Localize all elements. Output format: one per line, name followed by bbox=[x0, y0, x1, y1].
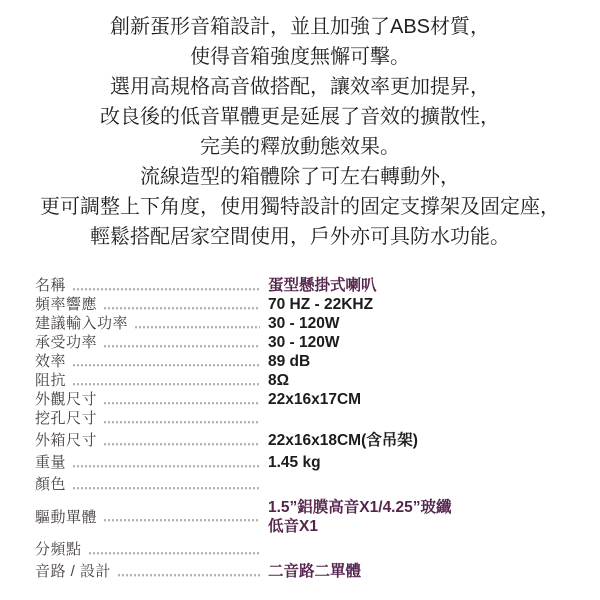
dotted-leader bbox=[104, 409, 260, 428]
spec-value: 1.45 kg bbox=[268, 453, 463, 472]
spec-value: 89 dB bbox=[268, 352, 463, 371]
spec-row: 顏色 bbox=[35, 475, 463, 494]
spec-label: 分頻點 bbox=[35, 540, 82, 559]
dotted-leader bbox=[73, 453, 260, 472]
spec-row: 外箱尺寸 22x16x18CM(含吊架) bbox=[35, 431, 463, 450]
spec-label: 頻率響應 bbox=[35, 295, 97, 314]
spec-label: 挖孔尺寸 bbox=[35, 409, 97, 428]
intro-line: 輕鬆搭配居家空間使用，戶外亦可具防水功能。 bbox=[0, 222, 600, 252]
spec-value: 70 HZ - 22KHZ bbox=[268, 295, 463, 314]
spec-label: 效率 bbox=[35, 352, 66, 371]
spec-label: 外觀尺寸 bbox=[35, 390, 97, 409]
spec-row: 效率 89 dB bbox=[35, 352, 463, 371]
spec-label: 建議輸入功率 bbox=[35, 314, 128, 333]
spec-label: 承受功率 bbox=[35, 333, 97, 352]
spec-label: 顏色 bbox=[35, 475, 66, 494]
intro-line: 使得音箱強度無懈可擊。 bbox=[0, 42, 600, 72]
intro-line: 選用高規格高音做搭配，讓效率更加提昇， bbox=[0, 72, 600, 102]
dotted-leader bbox=[89, 540, 260, 559]
spec-row: 頻率響應 70 HZ - 22KHZ bbox=[35, 295, 463, 314]
spec-label: 阻抗 bbox=[35, 371, 66, 390]
intro-line: 完美的釋放動態效果。 bbox=[0, 132, 600, 162]
spec-row: 音路 / 設計 二音路二單體 bbox=[35, 562, 463, 581]
spec-value: 二音路二單體 bbox=[268, 562, 463, 581]
spec-value: 22x16x18CM(含吊架) bbox=[268, 431, 463, 450]
intro-line: 更可調整上下角度，使用獨特設計的固定支撐架及固定座， bbox=[0, 192, 600, 222]
spec-row: 挖孔尺寸 bbox=[35, 409, 463, 428]
dotted-leader bbox=[73, 276, 260, 295]
spec-value: 蛋型懸掛式喇叭 bbox=[268, 276, 463, 295]
spec-label: 音路 / 設計 bbox=[35, 562, 111, 581]
spec-row: 建議輸入功率 30 - 120W bbox=[35, 314, 463, 333]
dotted-leader bbox=[104, 333, 260, 352]
dotted-leader bbox=[104, 390, 260, 409]
spec-value: 30 - 120W bbox=[268, 314, 463, 333]
spec-row: 名稱 蛋型懸掛式喇叭 bbox=[35, 276, 463, 295]
spec-label: 名稱 bbox=[35, 276, 66, 295]
intro-line: 流線造型的箱體除了可左右轉動外， bbox=[0, 162, 600, 192]
spec-value: 30 - 120W bbox=[268, 333, 463, 352]
spec-table: 名稱 蛋型懸掛式喇叭 頻率響應 70 HZ - 22KHZ 建議輸入功率 30 … bbox=[35, 276, 463, 581]
dotted-leader bbox=[73, 352, 260, 371]
dotted-leader bbox=[73, 371, 260, 390]
dotted-leader bbox=[104, 295, 260, 314]
spec-label: 驅動單體 bbox=[35, 508, 97, 527]
intro-line: 創新蛋形音箱設計，並且加強了ABS材質， bbox=[0, 12, 600, 42]
dotted-leader bbox=[135, 314, 260, 333]
spec-row: 分頻點 bbox=[35, 540, 463, 559]
spec-row: 外觀尺寸 22x16x17CM bbox=[35, 390, 463, 409]
spec-row: 驅動單體 1.5”鋁膜高音X1/4.25”玻纖低音X1 bbox=[35, 498, 463, 536]
spec-label: 外箱尺寸 bbox=[35, 431, 97, 450]
dotted-leader bbox=[104, 431, 260, 450]
spec-row: 重量 1.45 kg bbox=[35, 453, 463, 472]
dotted-leader bbox=[118, 562, 260, 581]
dotted-leader bbox=[73, 475, 260, 494]
spec-label: 重量 bbox=[35, 453, 66, 472]
intro-line: 改良後的低音單體更是延展了音效的擴散性， bbox=[0, 102, 600, 132]
intro-paragraph: 創新蛋形音箱設計，並且加強了ABS材質， 使得音箱強度無懈可擊。 選用高規格高音… bbox=[0, 12, 600, 252]
spec-row: 阻抗 8Ω bbox=[35, 371, 463, 390]
product-spec-page: 創新蛋形音箱設計，並且加強了ABS材質， 使得音箱強度無懈可擊。 選用高規格高音… bbox=[0, 0, 600, 600]
spec-value: 22x16x17CM bbox=[268, 390, 463, 409]
dotted-leader bbox=[104, 508, 260, 527]
spec-value: 8Ω bbox=[268, 371, 463, 390]
spec-value: 1.5”鋁膜高音X1/4.25”玻纖低音X1 bbox=[268, 498, 463, 536]
spec-row: 承受功率 30 - 120W bbox=[35, 333, 463, 352]
